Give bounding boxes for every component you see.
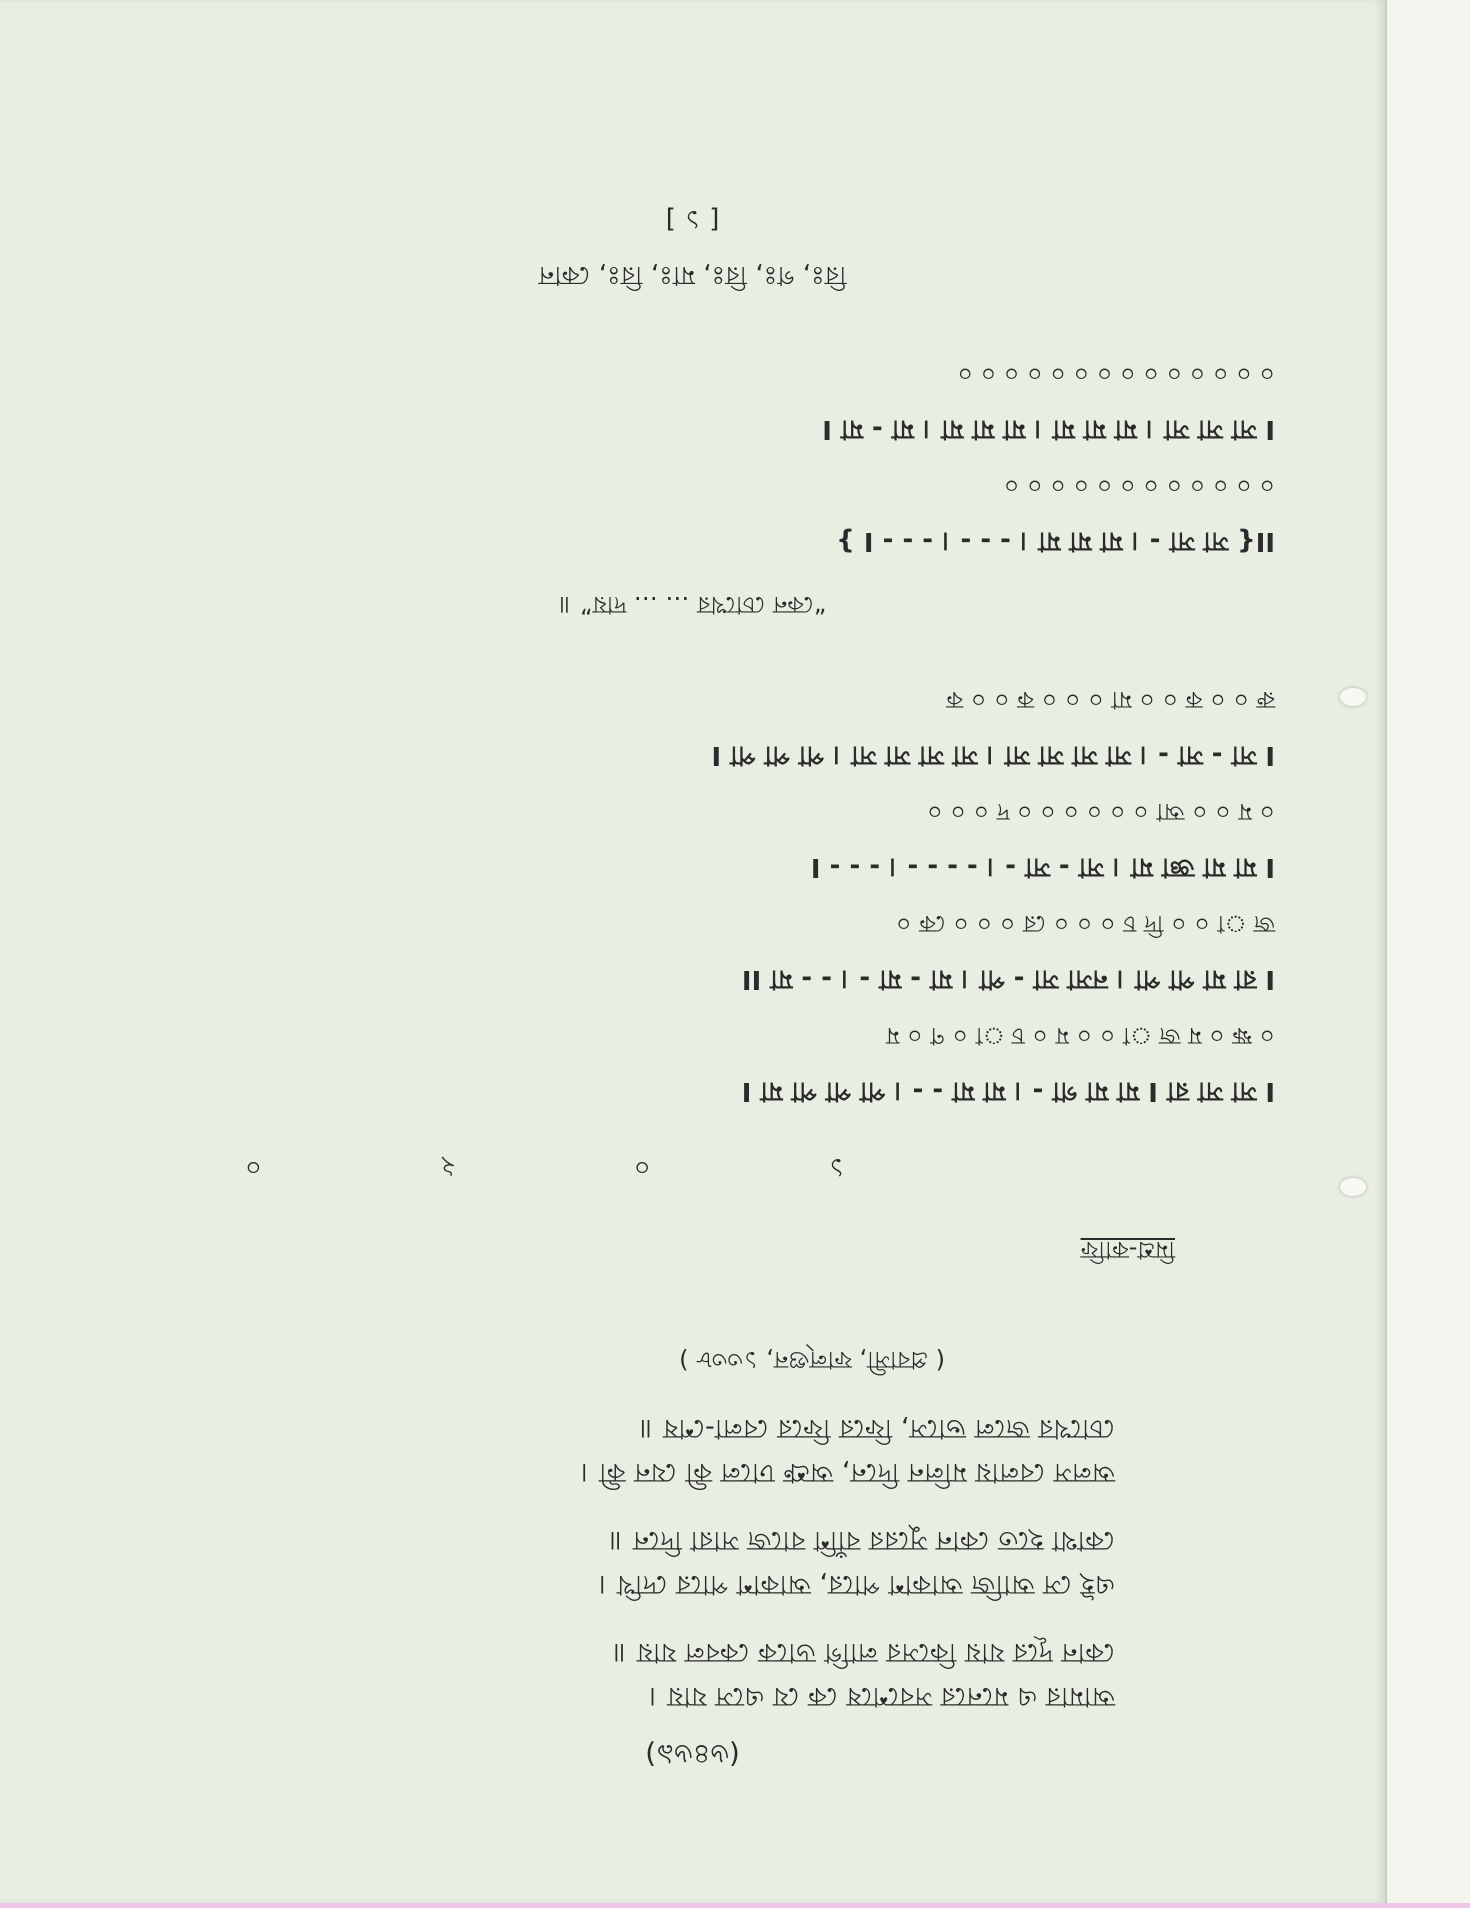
tala-markers: ১ ০ ২ ০ <box>245 1144 845 1188</box>
notation-lyric-row: ০ ম ০ ০ আ ০ ০ ০ ০ ০ ০ দ ০ ০ ০ <box>125 782 1275 838</box>
swara-row: I রা মা পা পা । নসা সা - পা । মা - মা - … <box>125 950 1275 1006</box>
lyric-line: কোন দূরে যায় কিসের লাগি ডাকে কেবল যায় … <box>215 1630 1115 1674</box>
lyric-line: আমার এ মনেরে সবশেষে কে যে এসে যায় । <box>215 1674 1115 1718</box>
tala-marker: ০ <box>634 1144 651 1188</box>
notation-lyric-row: ০ ক্ষ ০ ম জ া ০ ০ ম ০ চ া ০ ণ ০ ম <box>125 1006 1275 1062</box>
notation-section-2: II{ সা সা - । মা মা মা । - - - । - - - I… <box>125 344 1275 568</box>
notation-lyric-row: ০ ০ ০ ০ ০ ০ ০ ০ ০ ০ ০ ০ <box>125 456 1275 512</box>
lyric-line: অলস বেলায় মলিন দিনে, অশ্রু ঢালে কী যেন … <box>215 1450 1115 1494</box>
notation-lyric-row: রু ০ ০ ক ০ ০ মা ০ ০ ০ ক ০ ০ ক <box>125 670 1275 726</box>
swara-row: I সা সা সা । মা মা মা । মা মা মা । মা - … <box>125 400 1275 456</box>
tala-marker: ১ <box>828 1144 845 1188</box>
rotated-content: (৬৪৬৯) আমার এ মনেরে সবশেষে কে যে এসে যায… <box>0 0 1385 1908</box>
tala-header: রিঃ, গঃ, রিঃ, মাঃ, রিঃ, কোন <box>0 252 1385 296</box>
song-title-line: “কেন চোখের … … দায়” ॥ <box>0 583 1385 623</box>
lyric-line: এই সে আজি আকাশ পারে, আকাশ পারে দেখি । <box>215 1562 1115 1606</box>
raga-name: মিশ্র-কাফি <box>1081 1228 1175 1268</box>
source-citation: ( প্রবাসী, ফাল্গুন, ১৩৩৮ ) <box>679 1338 945 1378</box>
swara-row: I সা - সা - । সা সা সা সা । সা সা সা সা … <box>125 726 1275 782</box>
catalog-number: (৬৪৬৯) <box>0 1729 1385 1776</box>
page-number: [ ১ ] <box>0 196 1385 240</box>
notation-lyric-row: ০ ০ ০ ০ ০ ০ ০ ০ ০ ০ ০ ০ ০ ০ <box>125 344 1275 400</box>
paper-edge-strip <box>1385 0 1470 1908</box>
lyric-line: কোথা হতে কোন সুরের বাঁশি বাজে সারা দিনে … <box>215 1518 1115 1562</box>
notation-lyric-row: জ া ০ ০ দি চ ০ ০ ০ রে ০ ০ ০ কে ০ <box>125 894 1275 950</box>
swara-row: I মা মা জ্ঞা মা । সা - সা - । - - - - । … <box>125 838 1275 894</box>
swara-row: I সা সা রা I মা মা গা - । মা মা - - । পা… <box>125 1062 1275 1118</box>
tala-marker: ০ <box>245 1144 262 1188</box>
swara-row: II{ সা সা - । মা মা মা । - - - । - - - I… <box>125 512 1275 568</box>
notation-section-1: I সা সা রা I মা মা গা - । মা মা - - । পা… <box>125 670 1275 1118</box>
tala-marker: ২ <box>439 1144 456 1188</box>
lyrics-block: আমার এ মনেরে সবশেষে কে যে এসে যায় । কোন… <box>215 1406 1115 1718</box>
lyric-line: চোখের জলে ভাসে, ফিরে ফিরে বেলা-শেষ ॥ <box>215 1406 1115 1450</box>
